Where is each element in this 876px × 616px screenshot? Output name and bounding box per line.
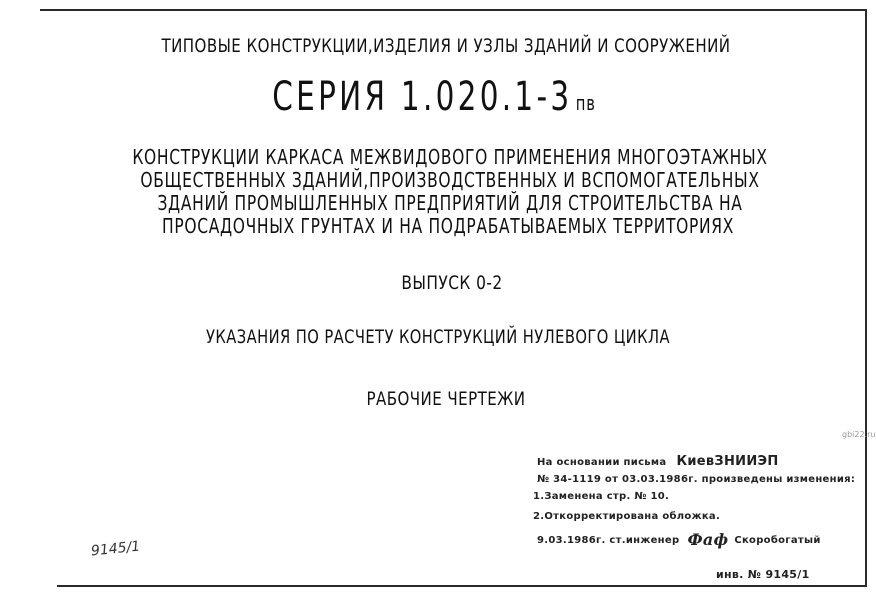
revision-note-line-5: 9.03.1986г. ст.инженерФафСкоробогатый: [537, 530, 821, 549]
series-suffix: пв: [576, 91, 596, 115]
engineer-name: Скоробогатый: [734, 535, 820, 546]
revision-organization: КиевЗНИИЭП: [676, 454, 778, 469]
description-line: ОБЩЕСТВЕННЫХ ЗДАНИЙ,ПРОИЗВОДСТВЕННЫХ И В…: [73, 169, 826, 191]
revision-note-line-4: 2.Откорректирована обложка.: [533, 511, 720, 522]
frame-border-top: [40, 9, 867, 11]
instructions-title: УКАЗАНИЯ ПО РАСЧЕТУ КОНСТРУКЦИЙ НУЛЕВОГО…: [61, 326, 814, 348]
document-sheet: ТИПОВЫЕ КОНСТРУКЦИИ,ИЗДЕЛИЯ И УЗЛЫ ЗДАНИ…: [0, 0, 876, 616]
revision-note-line-2: № 34-1119 от 03.03.1986г. произведены из…: [537, 474, 855, 485]
series-title: СЕРИЯ 1.020.1-3пв: [75, 74, 793, 120]
handwritten-number: 9145/1: [90, 538, 141, 559]
series-label: СЕРИЯ 1.020.1-3: [272, 74, 572, 120]
revision-basis-text: На основании письма: [537, 457, 666, 468]
working-drawings-label: РАБОЧИЕ ЧЕРТЕЖИ: [61, 388, 832, 410]
description-line: КОНСТРУКЦИИ КАРКАСА МЕЖВИДОВОГО ПРИМЕНЕН…: [73, 146, 826, 168]
revision-note-line-1: На основании письмаКиевЗНИИЭП: [537, 454, 779, 469]
issue-label: ВЫПУСК 0-2: [58, 272, 846, 294]
signature-mark: Фаф: [687, 530, 728, 549]
frame-border-right: [865, 10, 867, 587]
description-line: ПРОСАДОЧНЫХ ГРУНТАХ И НА ПОДРАБАТЫВАЕМЫХ…: [71, 215, 824, 237]
revision-date-role: 9.03.1986г. ст.инженер: [537, 535, 679, 546]
inventory-number: инв. № 9145/1: [716, 568, 810, 581]
description-line: ЗДАНИЙ ПРОМЫШЛЕННЫХ ПРЕДПРИЯТИЙ ДЛЯ СТРО…: [73, 192, 826, 214]
document-headline: ТИПОВЫЕ КОНСТРУКЦИИ,ИЗДЕЛИЯ И УЗЛЫ ЗДАНИ…: [61, 35, 832, 57]
frame-border-bottom: [57, 585, 866, 587]
revision-note-line-3: 1.Заменена стр. № 10.: [533, 491, 669, 502]
watermark: gbi22.ru: [842, 430, 875, 439]
